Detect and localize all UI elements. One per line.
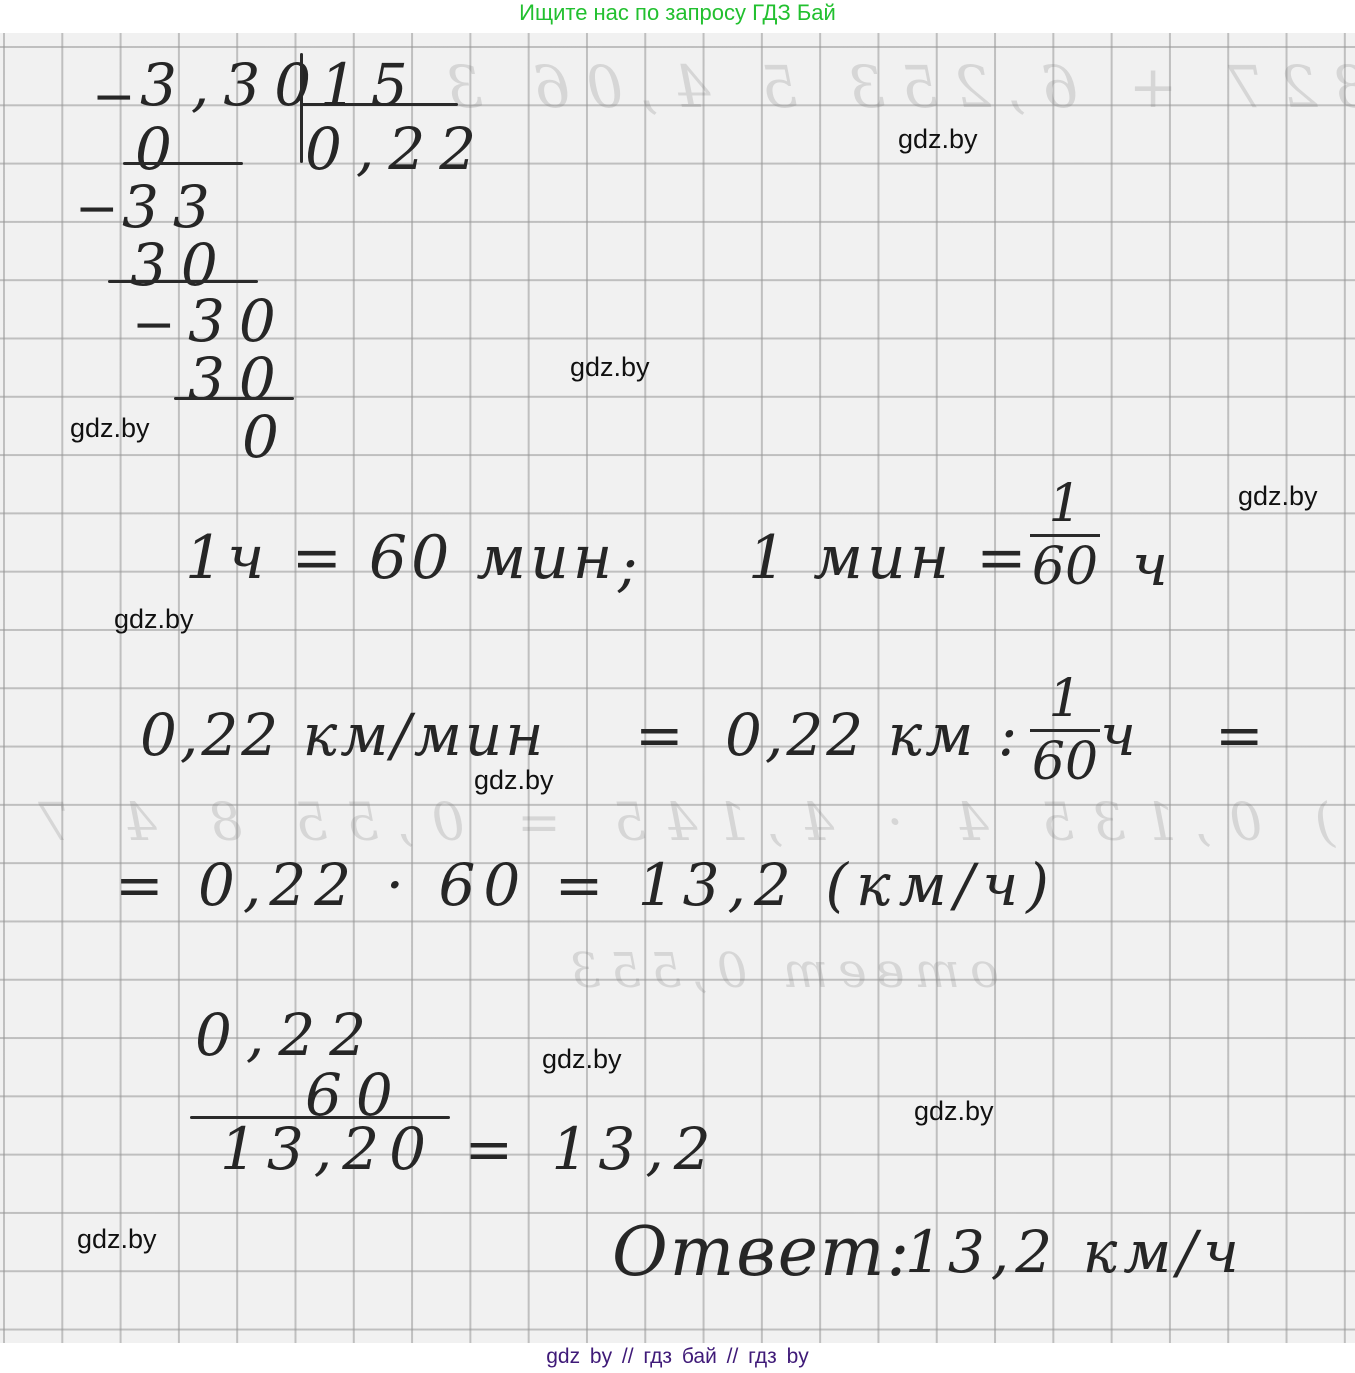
fraction-denominator: 60 <box>1030 736 1100 788</box>
watermark: gdz.by <box>474 765 554 796</box>
fraction-one-sixtieth: 1 60 <box>1030 673 1100 788</box>
speed-left: 0,22 км/мин <box>140 701 547 769</box>
conversion-left: 1ч = 60 мин <box>185 523 616 593</box>
answer-label: Ответ: <box>612 1213 911 1292</box>
fraction-numerator: 1 <box>1030 478 1100 530</box>
watermark: gdz.by <box>70 413 150 444</box>
conversion-unit: ч <box>1132 531 1182 599</box>
division-bracket-vertical <box>300 53 303 163</box>
watermark: gdz.by <box>914 1096 994 1127</box>
bleed-through-line: 3) 0,135 4 · 4,145 = 0,55 8 4 7 <box>20 793 1355 853</box>
division-step-line <box>174 397 294 400</box>
conversion-right: 1 мин = <box>748 523 1031 593</box>
division-step-line <box>123 162 243 165</box>
bottom-banner: gdz by // гдз бай // гдз by <box>0 1343 1355 1373</box>
divisor: 15 <box>320 51 422 119</box>
watermark: gdz.by <box>898 124 978 155</box>
quotient: 0,22 <box>305 115 490 183</box>
dividend: 3,30 <box>140 51 325 119</box>
watermark: gdz.by <box>542 1044 622 1075</box>
speed-unit: ч <box>1100 701 1150 769</box>
watermark: gdz.by <box>114 604 194 635</box>
division-remainder: 0 <box>242 403 293 471</box>
watermark: gdz.by <box>570 352 650 383</box>
speed-middle: 0,22 км : <box>725 701 1020 769</box>
conversion-separator: ; <box>618 531 652 599</box>
bleed-through-line: 2) 4,827 + 6,253 5 4,06 3 <box>430 53 1355 121</box>
fraction-denominator: 60 <box>1030 541 1100 593</box>
top-banner: Ищите нас по запросу ГДЗ Бай <box>0 0 1355 33</box>
speed-equals: = <box>635 701 698 769</box>
fraction-one-sixtieth: 1 60 <box>1030 478 1100 593</box>
bleed-through-line: ответ 0,553 <box>560 943 999 999</box>
watermark: gdz.by <box>77 1224 157 1255</box>
division-minus-sign: − <box>132 295 190 355</box>
speed-line-2: = 0,22 · 60 = 13,2 (км/ч) <box>115 851 1057 919</box>
multiplication-product: 13,20 = 13,2 <box>220 1115 721 1183</box>
notebook-page: 2) 4,827 + 6,253 5 4,06 3 3) 0,135 4 · 4… <box>0 33 1355 1343</box>
watermark: gdz.by <box>1238 481 1318 512</box>
answer-value: 13,2 км/ч <box>905 1218 1245 1286</box>
fraction-numerator: 1 <box>1030 673 1100 725</box>
multiplication-factor-1: 0,22 <box>195 1001 380 1069</box>
speed-trailing-equals: = <box>1215 701 1278 769</box>
division-step-line <box>108 280 258 283</box>
